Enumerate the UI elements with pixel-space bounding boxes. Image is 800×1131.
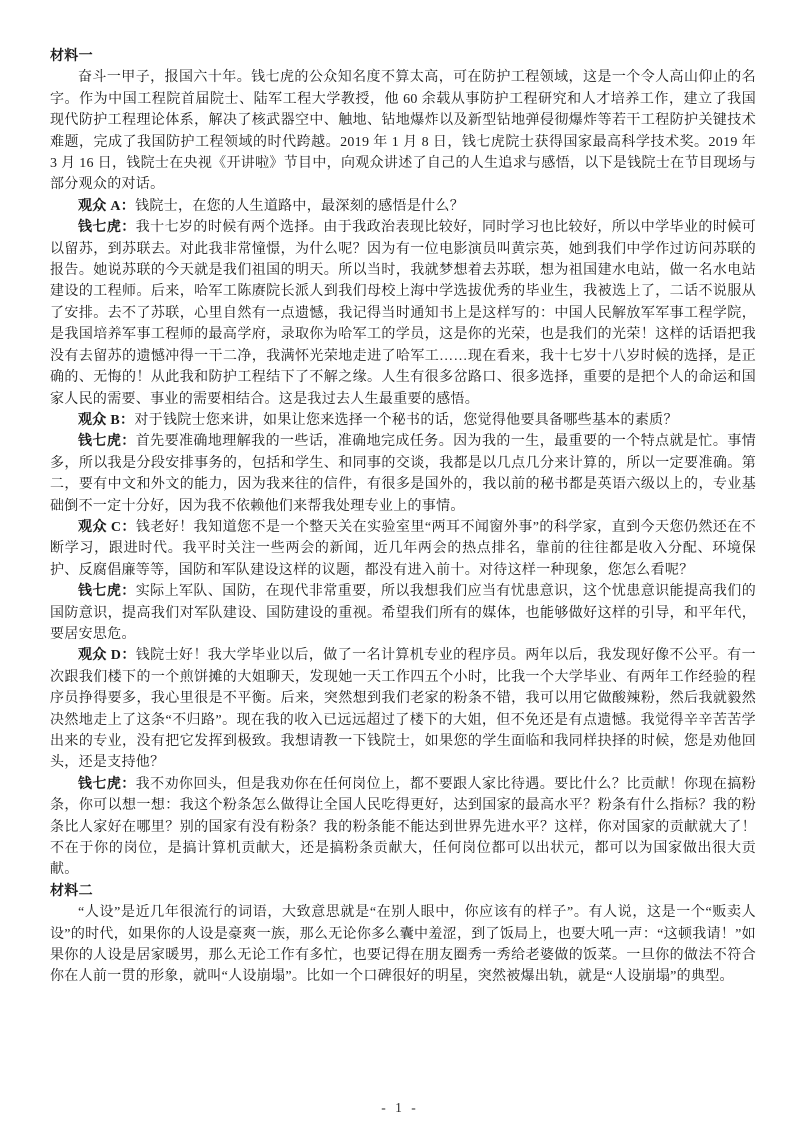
dialogue-text: 我不劝你回头，但是我劝你在任何岗位上，都不要跟人家比待遇。要比什么？比贡献！你现…	[50, 777, 756, 878]
speaker-label: 观众 A：	[78, 199, 135, 214]
speaker-label: 观众 D：	[78, 648, 136, 663]
speaker-label: 钱七虎：	[78, 434, 136, 449]
material-2-heading: 材料二	[50, 881, 756, 902]
material-2-paragraph: “人设”是近几年很流行的词语，大致意思就是“在别人眼中，你应该有的样子”。有人说…	[50, 902, 756, 988]
dialogue-text: 对于钱院士您来讲，如果让您来选择一个秘书的话，您觉得他要具备哪些基本的素质？	[134, 413, 677, 428]
dialogue-text: 钱院士，在您的人生道路中，最深刻的感悟是什么？	[135, 199, 464, 214]
speaker-label: 观众 B：	[78, 413, 134, 428]
speaker-label: 观众 C：	[78, 520, 136, 535]
dialogue-paragraph: 观众 B：对于钱院士您来讲，如果让您来选择一个秘书的话，您觉得他要具备哪些基本的…	[50, 410, 756, 431]
dialogue-text: 我十七岁的时候有两个选择。由于我政治表现比较好，同时学习也比较好，所以中学毕业的…	[50, 220, 756, 406]
dialogue-paragraph: 观众 D：钱院士好！我大学毕业以后，做了一名计算机专业的程序员。两年以后，我发现…	[50, 645, 756, 773]
speaker-label: 钱七虎：	[78, 584, 136, 599]
dialogue-text: 首先要准确地理解我的一些话，准确地完成任务。因为我的一生，最重要的一个特点就是忙…	[50, 434, 756, 513]
dialogue-paragraph: 钱七虎：首先要准确地理解我的一些话，准确地完成任务。因为我的一生，最重要的一个特…	[50, 431, 756, 517]
dialogue-paragraph: 钱七虎：实际上军队、国防，在现代非常重要，所以我想我们应当有忧患意识，这个忧患意…	[50, 581, 756, 645]
dialogue-text: 实际上军队、国防，在现代非常重要，所以我想我们应当有忧患意识，这个忧患意识能提高…	[50, 584, 756, 642]
dialogue-paragraph: 观众 C：钱老好！我知道您不是一个整天关在实验室里“两耳不闻窗外事”的科学家，直…	[50, 517, 756, 581]
speaker-label: 钱七虎：	[78, 220, 136, 235]
dialogue-text: 钱院士好！我大学毕业以后，做了一名计算机专业的程序员。两年以后，我发现好像不公平…	[50, 648, 756, 770]
document-page: 材料一 奋斗一甲子，报国六十年。钱七虎的公众知名度不算太高，可在防护工程领域，这…	[50, 46, 756, 988]
material-1-heading: 材料一	[50, 46, 756, 67]
page-number: - 1 -	[0, 1100, 800, 1116]
speaker-label: 钱七虎：	[78, 777, 136, 792]
dialogue-paragraph: 钱七虎：我不劝你回头，但是我劝你在任何岗位上，都不要跟人家比待遇。要比什么？比贡…	[50, 774, 756, 881]
dialogue-paragraph: 钱七虎：我十七岁的时候有两个选择。由于我政治表现比较好，同时学习也比较好，所以中…	[50, 217, 756, 410]
material-1-intro: 奋斗一甲子，报国六十年。钱七虎的公众知名度不算太高，可在防护工程领域，这是一个令…	[50, 67, 756, 195]
dialogue-text: 钱老好！我知道您不是一个整天关在实验室里“两耳不闻窗外事”的科学家，直到今天您仍…	[50, 520, 756, 578]
dialogue-paragraph: 观众 A：钱院士，在您的人生道路中，最深刻的感悟是什么？	[50, 196, 756, 217]
